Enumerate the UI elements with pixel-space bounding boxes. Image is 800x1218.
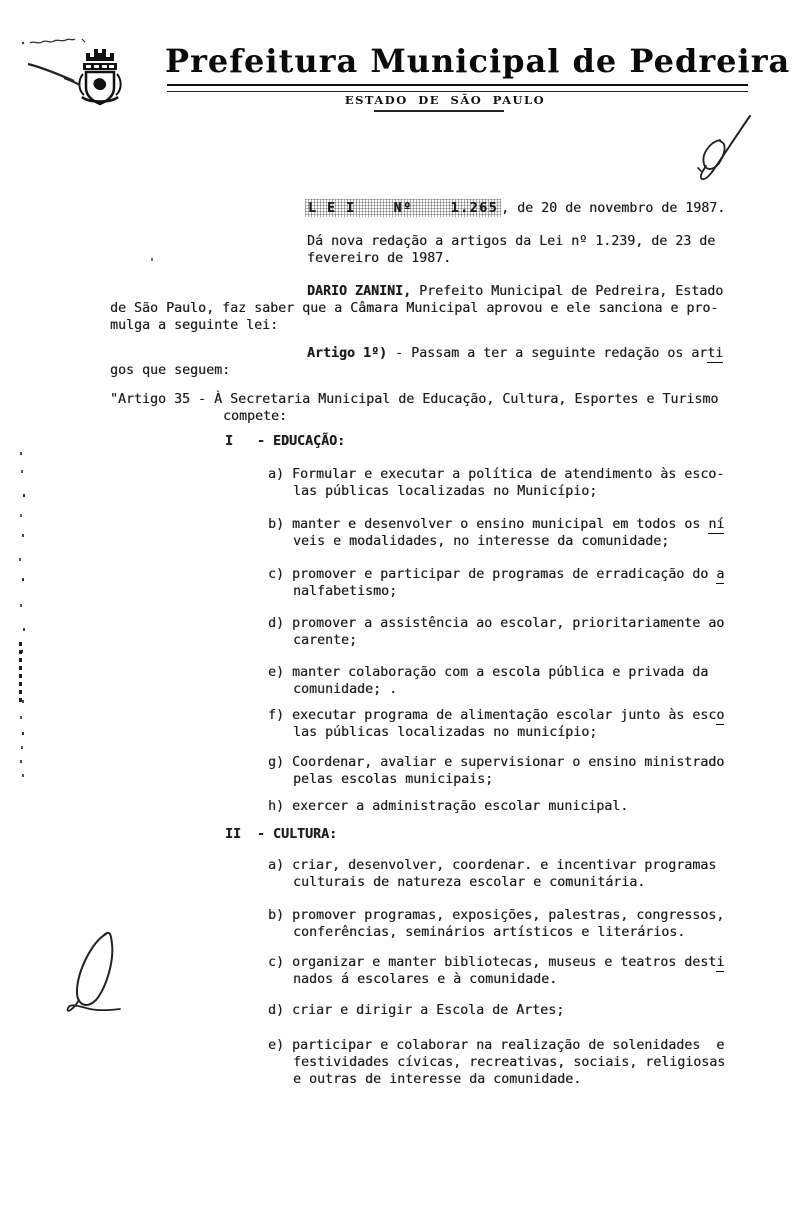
doc-line: e) participar e colaborar na realização … [268, 1037, 724, 1054]
doc-line: "Artigo 35 - À Secretaria Municipal de E… [110, 391, 718, 408]
smudged-law-number: L E I Nº 1.265 [305, 199, 501, 217]
doc-line: a) criar, desenvolver, coordenar. e ince… [268, 857, 716, 874]
line-text: h) exercer a administração escolar munic… [268, 799, 628, 814]
bold-text: Artigo 1º) [307, 346, 387, 361]
underlined-text: o [716, 708, 724, 725]
doc-line: pelas escolas municipais; [293, 771, 493, 788]
doc-line: DARIO ZANINI, Prefeito Municipal de Pedr… [307, 283, 723, 300]
doc-line: c) promover e participar de programas de… [268, 566, 724, 583]
line-text: f) executar programa de alimentação esco… [268, 708, 716, 723]
bold-text: I - EDUCAÇÃO: [225, 434, 345, 449]
doc-line: L E I Nº 1.265, de 20 de novembro de 198… [305, 200, 725, 217]
doc-line: las públicas localizadas no município; [293, 724, 597, 741]
scanned-document-page: Prefeitura Municipal de Pedreira ESTADO … [0, 0, 800, 1218]
doc-line: festividades cívicas, recreativas, socia… [293, 1054, 725, 1071]
doc-line: d) promover a assistência ao escolar, pr… [268, 615, 724, 632]
doc-line: b) manter e desenvolver o ensino municip… [268, 516, 724, 533]
line-text: e) manter colaboração com a escola públi… [268, 665, 708, 680]
doc-line: d) criar e dirigir a Escola de Artes; [268, 1002, 564, 1019]
doc-line: gos que seguem: [110, 362, 230, 379]
line-text: d) promover a assistência ao escolar, pr… [268, 616, 724, 631]
doc-line: b) promover programas, exposições, pales… [268, 907, 724, 924]
line-text: "Artigo 35 - À Secretaria Municipal de E… [110, 392, 718, 407]
doc-line: a) Formular e executar a política de ate… [268, 466, 724, 483]
document-body: L E I Nº 1.265, de 20 de novembro de 198… [0, 0, 800, 1218]
line-text: b) manter e desenvolver o ensino municip… [268, 517, 708, 532]
line-text: festividades cívicas, recreativas, socia… [293, 1055, 725, 1070]
line-text: compete: [223, 409, 287, 424]
line-text: Dá nova redação a artigos da Lei nº 1.23… [307, 234, 715, 249]
doc-line: nados á escolares e à comunidade. [293, 971, 557, 988]
line-text: c) promover e participar de programas de… [268, 567, 716, 582]
doc-line: h) exercer a administração escolar munic… [268, 798, 628, 815]
line-text: g) Coordenar, avaliar e supervisionar o … [268, 755, 724, 770]
line-text: veis e modalidades, no interesse da comu… [293, 534, 669, 549]
doc-line: I - EDUCAÇÃO: [225, 433, 345, 450]
line-text: carente; [293, 633, 357, 648]
line-text: comunidade; . [293, 682, 397, 697]
line-text: fevereiro de 1987. [307, 251, 451, 266]
doc-line: f) executar programa de alimentação esco… [268, 707, 724, 724]
doc-line: compete: [223, 408, 287, 425]
doc-line: II - CULTURA: [225, 826, 337, 843]
doc-line: nalfabetismo; [293, 583, 397, 600]
doc-line: g) Coordenar, avaliar e supervisionar o … [268, 754, 724, 771]
line-text: mulga a seguinte lei: [110, 318, 278, 333]
doc-line: las públicas localizadas no Município; [293, 483, 597, 500]
doc-line: Artigo 1º) - Passam a ter a seguinte red… [307, 345, 723, 362]
line-text: pelas escolas municipais; [293, 772, 493, 787]
doc-line: culturais de natureza escolar e comunitá… [293, 874, 645, 891]
line-text: a) Formular e executar a política de ate… [268, 467, 724, 482]
doc-line: e) manter colaboração com a escola públi… [268, 664, 708, 681]
underlined-text: ní [708, 517, 724, 534]
line-text: e outras de interesse da comunidade. [293, 1072, 581, 1087]
doc-line: fevereiro de 1987. [307, 250, 451, 267]
line-text: gos que seguem: [110, 363, 230, 378]
line-text: - Passam a ter a seguinte redação os ar [387, 346, 707, 361]
line-text: c) organizar e manter bibliotecas, museu… [268, 955, 716, 970]
line-text: las públicas localizadas no Município; [293, 484, 597, 499]
line-text: a) criar, desenvolver, coordenar. e ince… [268, 858, 716, 873]
bold-text: DARIO ZANINI, [307, 284, 411, 299]
doc-line: conferências, seminários artísticos e li… [293, 924, 685, 941]
doc-line: Dá nova redação a artigos da Lei nº 1.23… [307, 233, 715, 250]
line-text: conferências, seminários artísticos e li… [293, 925, 685, 940]
line-text: de São Paulo, faz saber que a Câmara Mun… [110, 301, 718, 316]
doc-line: comunidade; . [293, 681, 397, 698]
line-text: , de 20 de novembro de 1987. [501, 201, 725, 216]
underlined-text: a [716, 567, 724, 584]
bold-text: II - CULTURA: [225, 827, 337, 842]
underlined-text: i [716, 955, 724, 972]
line-text: nados á escolares e à comunidade. [293, 972, 557, 987]
doc-line: veis e modalidades, no interesse da comu… [293, 533, 669, 550]
underlined-text: ti [707, 346, 723, 363]
line-text: nalfabetismo; [293, 584, 397, 599]
line-text: d) criar e dirigir a Escola de Artes; [268, 1003, 564, 1018]
doc-line: e outras de interesse da comunidade. [293, 1071, 581, 1088]
line-text: culturais de natureza escolar e comunitá… [293, 875, 645, 890]
line-text: b) promover programas, exposições, pales… [268, 908, 724, 923]
line-text: e) participar e colaborar na realização … [268, 1038, 724, 1053]
doc-line: de São Paulo, faz saber que a Câmara Mun… [110, 300, 718, 317]
line-text: las públicas localizadas no município; [293, 725, 597, 740]
doc-line: carente; [293, 632, 357, 649]
doc-line: c) organizar e manter bibliotecas, museu… [268, 954, 724, 971]
line-text: Prefeito Municipal de Pedreira, Estado [411, 284, 723, 299]
doc-line: mulga a seguinte lei: [110, 317, 278, 334]
